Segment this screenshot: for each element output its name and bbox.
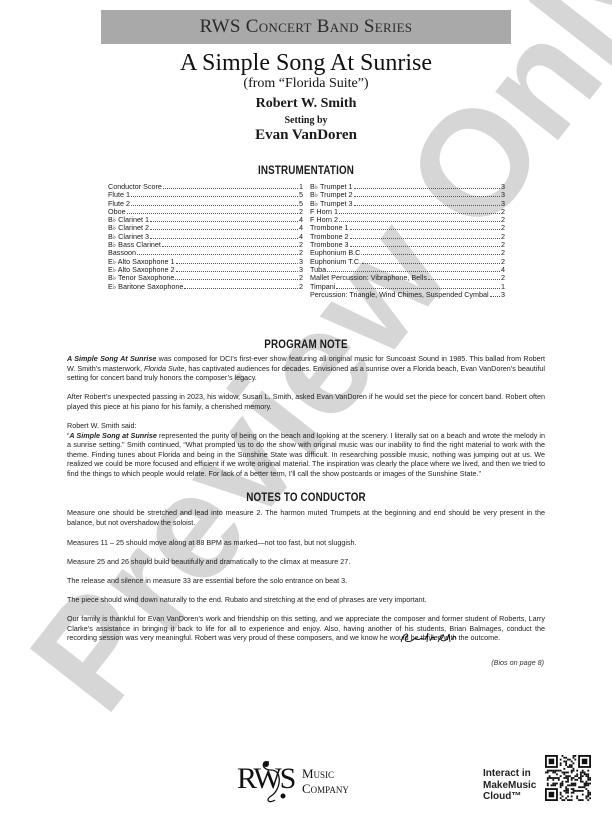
rws-music-company-logo: RWS Music Company bbox=[237, 756, 377, 804]
qr-code[interactable] bbox=[545, 755, 591, 801]
conductor-note-4: The release and silence in measure 33 ar… bbox=[67, 576, 545, 586]
leader-dots bbox=[127, 212, 298, 214]
program-note-paragraph-1: A Simple Song At Sunrise was composed fo… bbox=[67, 354, 545, 383]
quote-title-ref: A Simple Song at Sunrise bbox=[69, 431, 157, 440]
logo-wordmark: Music Company bbox=[302, 766, 349, 796]
conductor-note-1: Measure one should be stretched and lead… bbox=[67, 508, 545, 527]
instrumentation-list-left: Conductor Score1Flute 15Flute 25Oboe2B♭ … bbox=[108, 183, 303, 291]
logo-line-company: Company bbox=[302, 781, 349, 796]
conductor-note-3: Measure 25 and 26 should build beautiful… bbox=[67, 557, 545, 567]
program-note-title-ref: A Simple Song At Sunrise bbox=[67, 354, 156, 363]
setting-label: Setting by bbox=[0, 115, 612, 126]
piece-subtitle: (from “Florida Suite”) bbox=[0, 76, 612, 92]
quote-intro: Robert W. Smith said: bbox=[67, 421, 545, 431]
makemusic-line-1: Interact in bbox=[483, 768, 536, 780]
program-note-paragraph-3: Robert W. Smith said: “A Simple Song at … bbox=[67, 421, 545, 479]
instrument-row: B♭ Trumpet 33 bbox=[310, 200, 505, 208]
leader-dots bbox=[327, 270, 500, 272]
leader-dots bbox=[175, 278, 298, 280]
leader-dots bbox=[354, 187, 500, 189]
leader-dots bbox=[350, 245, 501, 247]
instrument-row: Euphonium T.C.2 bbox=[310, 258, 505, 266]
leader-dots bbox=[131, 195, 298, 197]
leader-dots bbox=[339, 212, 500, 214]
leader-dots bbox=[362, 262, 500, 264]
makemusic-line-2: MakeMusic bbox=[483, 780, 536, 792]
leader-dots bbox=[336, 287, 500, 289]
series-banner: RWS Concert Band Series bbox=[101, 10, 511, 44]
instrument-row: Flute 25 bbox=[108, 200, 303, 208]
leader-dots bbox=[354, 204, 500, 206]
leader-dots bbox=[350, 228, 501, 230]
instrument-quantity: 2 bbox=[299, 283, 303, 291]
instrument-row: Mallet Percussion: Vibraphone, Bells2 bbox=[310, 274, 505, 282]
leader-dots bbox=[354, 195, 500, 197]
instrument-row: B♭ Bass Clarinet2 bbox=[108, 241, 303, 249]
leader-dots bbox=[184, 287, 298, 289]
signature-image: Susan L. Smith bbox=[398, 630, 458, 646]
instrument-name: Percussion: Triangle, Wind Chimes, Suspe… bbox=[310, 291, 489, 299]
leader-dots bbox=[176, 270, 298, 272]
instrument-row: E♭ Baritone Saxophone2 bbox=[108, 283, 303, 291]
piece-title: A Simple Song At Sunrise bbox=[0, 50, 612, 77]
series-title: RWS Concert Band Series bbox=[200, 16, 413, 38]
leader-dots bbox=[150, 237, 298, 239]
program-note-heading: PROGRAM NOTE bbox=[55, 337, 557, 351]
arranger-name: Evan VanDoren bbox=[0, 127, 612, 144]
instrumentation-list-right: B♭ Trumpet 13B♭ Trumpet 23B♭ Trumpet 33F… bbox=[310, 183, 505, 299]
instrument-row: Percussion: Triangle, Wind Chimes, Suspe… bbox=[310, 291, 505, 299]
notes-to-conductor-heading: NOTES TO CONDUCTOR bbox=[55, 490, 557, 504]
leader-dots bbox=[137, 253, 298, 255]
leader-dots bbox=[490, 295, 500, 297]
treble-clef-icon bbox=[255, 756, 295, 804]
florida-suite-ref: Florida Suite bbox=[144, 364, 184, 373]
makemusic-cloud-callout[interactable]: Interact in MakeMusic Cloud™ bbox=[483, 768, 536, 803]
instrument-row: Conductor Score1 bbox=[108, 183, 303, 191]
leader-dots bbox=[339, 220, 500, 222]
leader-dots bbox=[131, 204, 298, 206]
leader-dots bbox=[163, 187, 298, 189]
logo-line-music: Music bbox=[302, 766, 349, 781]
program-note-paragraph-2: After Robert’s unexpected passing in 202… bbox=[67, 392, 545, 411]
leader-dots bbox=[350, 237, 501, 239]
leader-dots bbox=[176, 262, 298, 264]
leader-dots bbox=[162, 245, 298, 247]
conductor-note-2: Measures 11 – 25 should move along at 88… bbox=[67, 538, 545, 548]
leader-dots bbox=[428, 278, 500, 280]
instrument-name: E♭ Baritone Saxophone bbox=[108, 283, 183, 291]
bios-reference: (Bios on page 8) bbox=[491, 658, 544, 667]
leader-dots bbox=[363, 253, 500, 255]
composer-name: Robert W. Smith bbox=[0, 96, 612, 112]
conductor-note-5: The piece should wind down naturally to … bbox=[67, 595, 545, 605]
makemusic-line-3: Cloud™ bbox=[483, 791, 536, 803]
instrument-quantity: 3 bbox=[501, 291, 505, 299]
conductor-note-6: Our family is thankful for Evan VanDoren… bbox=[67, 614, 545, 643]
instrument-row: Flute 15 bbox=[108, 191, 303, 199]
leader-dots bbox=[150, 220, 298, 222]
instrumentation-heading: INSTRUMENTATION bbox=[55, 163, 557, 177]
instrument-row: F Horn 12 bbox=[310, 208, 505, 216]
leader-dots bbox=[150, 228, 298, 230]
